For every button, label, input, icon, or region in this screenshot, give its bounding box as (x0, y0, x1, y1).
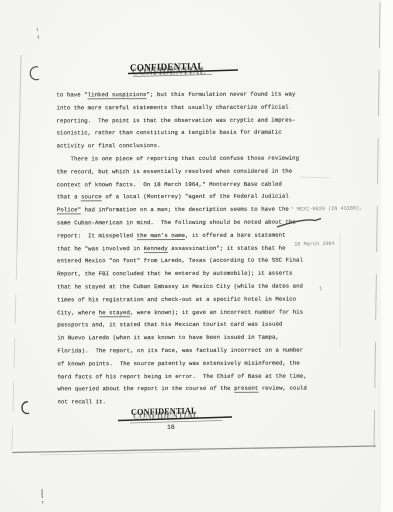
margin-note: * MEXI-0629 (IN 43188), 18 March 1964 (290, 180, 363, 273)
document-body: to have "linked suspicions"; but this fo… (56, 89, 306, 410)
document-line: passports and, it stated that his Mexica… (57, 319, 306, 333)
scanned-document-page: CONFIDENTIAL CONFIDENTIAL to have "linke… (0, 0, 393, 512)
stamp-print: CONFIDENTIAL (131, 406, 197, 417)
document-line: the record, but which is essentially res… (57, 165, 306, 179)
document-line: same Cuban-American in mind. The followi… (57, 217, 306, 231)
document-line: context of known facts. On 18 March 1964… (57, 178, 306, 192)
bottom-page-edge (12, 446, 376, 453)
document-line: that he stayed at the Cuban Embassy in M… (57, 281, 306, 295)
confidential-stamp-top: CONFIDENTIAL CONFIDENTIAL (130, 63, 210, 74)
document-line: sionistic, rather than constituting a ta… (57, 127, 306, 141)
page-number: 16 (167, 424, 175, 431)
document-line: times of his registration and check-out … (57, 293, 306, 307)
page-edge-strip (381, 0, 393, 512)
document-line: City, where he stayed, were known); it g… (57, 306, 306, 320)
document-line: that a source of a local (Monterrey) "ag… (57, 191, 306, 205)
document-line: activity or final conclusions. (57, 140, 306, 154)
stray-colon-mark (37, 28, 39, 39)
stamp-print: CONFIDENTIAL (130, 61, 204, 74)
right-page-edge (374, 2, 380, 448)
left-fold-line (17, 55, 21, 250)
document-line: that he "was involved in Kennedy assassi… (57, 242, 306, 256)
document-line: Florida). The report, on its face, was f… (57, 345, 306, 359)
document-line: of known points. The source patently was… (57, 357, 306, 371)
document-line: There is one piece of reporting that cou… (57, 153, 306, 167)
document-line: reporting. The point is that the observa… (57, 114, 306, 128)
pen-c-mark-bottom (22, 402, 29, 414)
margin-note-line1: * MEXI-0629 (IN 43188), (291, 203, 363, 216)
confidential-stamp-bottom: CONFIDENTIAL CONFIDENTIAL (131, 407, 202, 417)
document-line: report: It misspelled the man's name, it… (57, 229, 306, 243)
stray-exclamation-mark (42, 489, 43, 503)
left-fold-line-lower (12, 250, 17, 450)
document-line: in Nuevo Laredo (when it was known to ha… (57, 332, 306, 346)
document-line: hard facts of his report being in error.… (57, 370, 306, 384)
pen-c-mark-top (30, 67, 39, 80)
document-line: Report, the FBI concluded that he entere… (57, 268, 306, 282)
stray-comma-mark (320, 286, 321, 291)
bottom-edge-shadow (40, 452, 200, 456)
document-line: entered Mexico "on foot" from Laredo, Te… (57, 255, 306, 269)
margin-note-line2: 18 March 1964 (291, 238, 363, 251)
document-line: to have "linked suspicions"; but this fo… (56, 89, 305, 103)
document-line: when queried about the report in the cou… (57, 383, 306, 397)
document-line: Police" had information on a man; the de… (57, 204, 306, 218)
document-line: into the more careful statements that us… (56, 101, 305, 115)
